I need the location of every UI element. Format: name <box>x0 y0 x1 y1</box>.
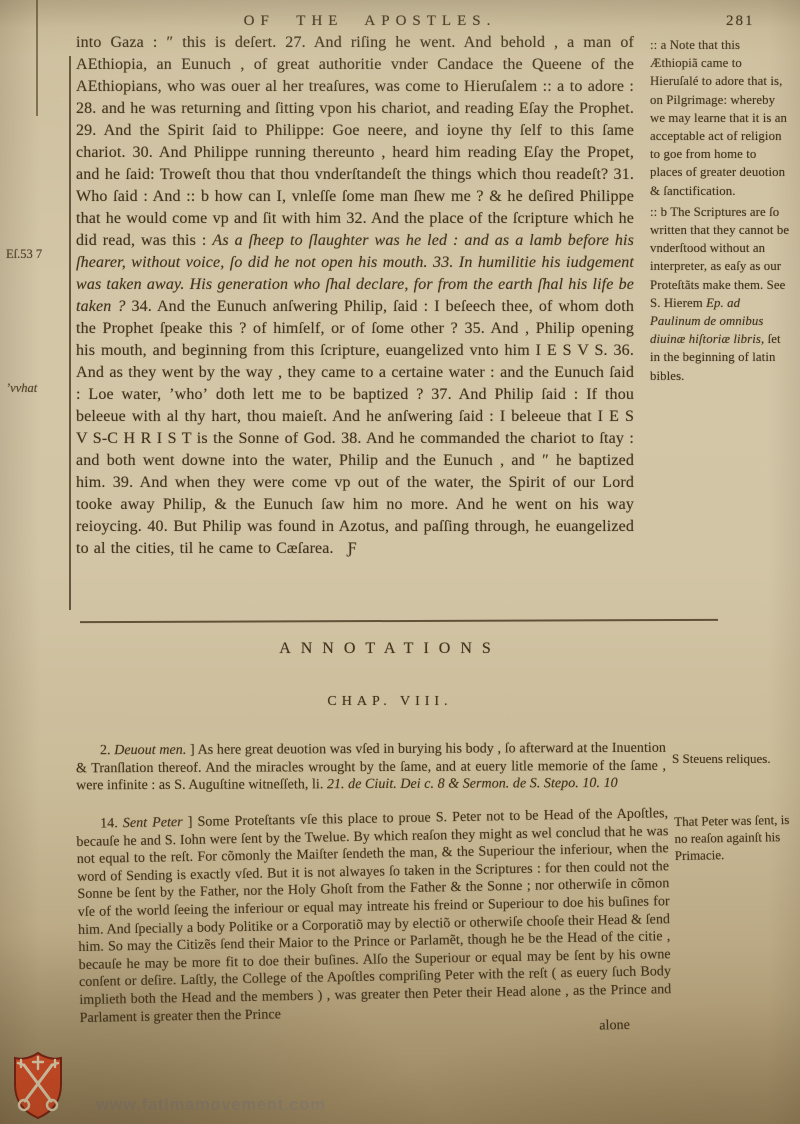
note-a-text: Note that this Æthiopiã came to Hieruſal… <box>650 38 787 198</box>
watermark-url: www.fatimamovement.com <box>96 1096 326 1115</box>
annotation-lemma: Deuout men. <box>114 743 190 758</box>
running-title: OF THE APOSTLES. <box>0 13 740 30</box>
crossed-keys-shield-icon <box>12 1050 64 1120</box>
printer-end-mark: Ƒ <box>348 540 357 557</box>
annotation-bracket: ] <box>190 743 198 758</box>
page-number: 281 <box>726 13 755 30</box>
acts-chapter-8-text: into Gaza : ″ this is deſert. 27. And ri… <box>76 32 634 560</box>
annotation-citation: 21. de Ciuit. Dei c. 8 & Sermon. de S. S… <box>327 776 618 792</box>
annotation-body: Some Proteſtants vſe this place to proue… <box>76 806 671 1025</box>
annotation-verse-14: 14. Sent Peter ] Some Proteſtants vſe th… <box>76 805 672 1045</box>
section-divider-rule <box>80 619 718 623</box>
note-a-reference-mark: :: a <box>650 38 670 52</box>
annotation-margin-note-2: That Peter was ſent, is no reaſon againſ… <box>674 811 793 864</box>
annotation-verse-2-paragraph: 2. Deuout men. ] As here great deuotion … <box>76 740 666 795</box>
annotation-verse-2: 2. Deuout men. ] As here great deuotion … <box>76 740 666 795</box>
annotations-heading: ANNOTATIONS <box>110 640 670 658</box>
annotation-verse-14-block: 14. Sent Peter ] Some Proteſtants vſe th… <box>76 803 796 1045</box>
note-b-reference-mark: :: b <box>650 205 670 219</box>
annotation-verse-14-paragraph: 14. Sent Peter ] Some Proteſtants vſe th… <box>76 805 672 1027</box>
note-b-text-1: The Scriptures are ſo written that they … <box>650 205 789 310</box>
verse-text-segment-2: 34. And the Eunuch anſwering Philip, ſai… <box>76 298 634 557</box>
annotation-lemma: Sent Peter <box>123 815 188 831</box>
annotation-number: 2. <box>100 743 114 758</box>
margin-note-a: :: a Note that this Æthiopiã came to Hie… <box>650 36 790 200</box>
book-page-scan: OF THE APOSTLES. 281 Eſ.53 7 ʼvvhat into… <box>0 0 800 1124</box>
verse-text-segment-1: into Gaza : ″ this is deſert. 27. And ri… <box>76 34 634 249</box>
margin-rule-top <box>36 0 38 116</box>
margin-note-b: :: b The Scriptures are ſo written that … <box>650 203 790 385</box>
watermark: www.fatimamovement.com <box>12 1050 332 1124</box>
column-rule <box>69 56 71 610</box>
margin-note-variant-reading: ʼvvhat <box>6 381 66 396</box>
margin-note-scripture-ref: Eſ.53 7 <box>6 247 66 262</box>
right-margin-notes: :: a Note that this Æthiopiã came to Hie… <box>650 36 790 388</box>
annotation-margin-note-1: S Steuens reliques. <box>672 750 784 767</box>
chapter-heading: CHAP. VIII. <box>110 694 670 710</box>
annotation-number: 14. <box>100 816 123 831</box>
